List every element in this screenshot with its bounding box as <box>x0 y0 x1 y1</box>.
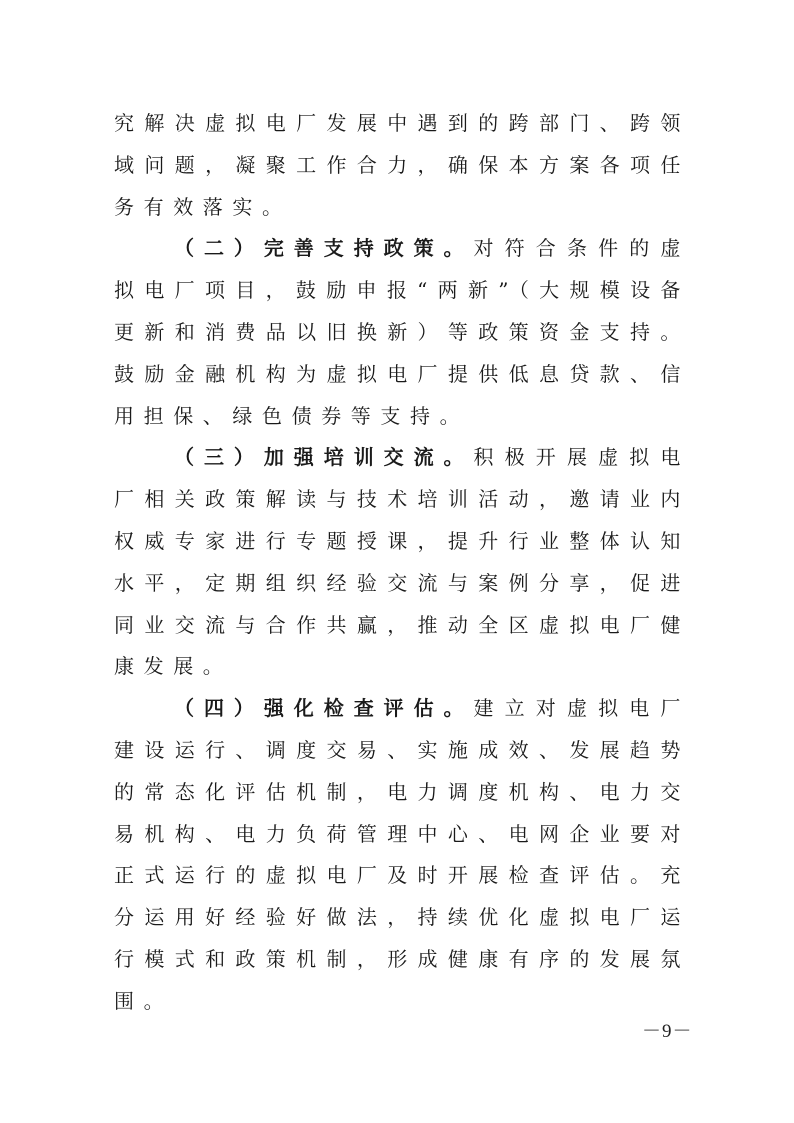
page-number: －9－ <box>642 1016 693 1043</box>
paragraph-training-exchange: （三）加强培训交流。积极开展虚拟电厂相关政策解读与技术培训活动，邀请业内权威专家… <box>114 437 690 688</box>
paragraph-text: 对符合条件的虚拟电厂项目，鼓励申报“两新”（大规模设备更新和消费品以旧换新）等政… <box>114 236 690 427</box>
paragraph-policy-support: （二）完善支持政策。对符合条件的虚拟电厂项目，鼓励申报“两新”（大规模设备更新和… <box>114 228 690 437</box>
paragraph-text: 积极开展虚拟电厂相关政策解读与技术培训活动，邀请业内权威专家进行专题授课，提升行… <box>114 445 690 678</box>
paragraph-inspection-evaluation: （四）强化检查评估。建立对虚拟电厂建设运行、调度交易、实施成效、发展趋势的常态化… <box>114 688 690 1022</box>
section-heading: （二）完善支持政策。 <box>174 236 474 260</box>
paragraph-continuation: 究解决虚拟电厂发展中遇到的跨部门、跨领域问题，凝聚工作合力，确保本方案各项任务有… <box>114 103 690 228</box>
document-page: 究解决虚拟电厂发展中遇到的跨部门、跨领域问题，凝聚工作合力，确保本方案各项任务有… <box>0 0 794 1123</box>
body-text: 究解决虚拟电厂发展中遇到的跨部门、跨领域问题，凝聚工作合力，确保本方案各项任务有… <box>114 103 690 1023</box>
section-heading: （四）强化检查评估。 <box>174 696 474 720</box>
section-heading: （三）加强培训交流。 <box>174 445 474 469</box>
paragraph-text: 究解决虚拟电厂发展中遇到的跨部门、跨领域问题，凝聚工作合力，确保本方案各项任务有… <box>114 111 690 219</box>
paragraph-text: 建立对虚拟电厂建设运行、调度交易、实施成效、发展趋势的常态化评估机制，电力调度机… <box>114 696 690 1013</box>
